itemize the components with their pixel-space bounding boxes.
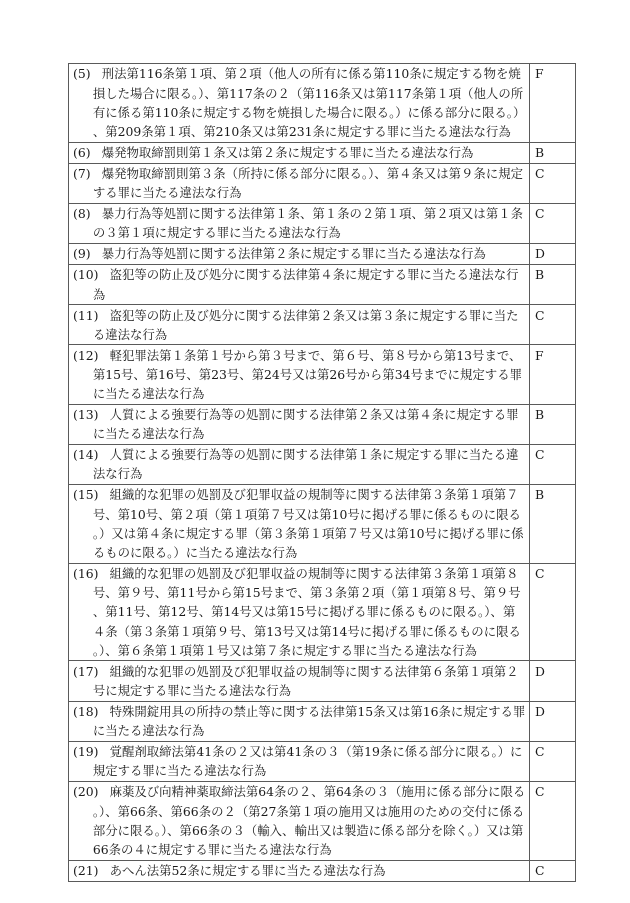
grade-cell: C [530,563,576,661]
table-row: (15)組織的な犯罪の処罰及び犯罪収益の規制等に関する法律第３条第１項第７号、第… [69,485,576,564]
grade-cell: F [530,345,576,404]
offense-description-cell: (20)麻薬及び向精神薬取締法第64条の２、第64条の３（施用に係る部分に限る。… [69,782,530,861]
offense-description-cell: (21)あへん法第52条に規定する罪に当たる違法な行為 [69,860,530,881]
table-row: (7)爆発物取締罰則第３条（所持に係る部分に限る。）、第４条又は第９条に規定する… [69,163,576,203]
offense-description-cell: (13)人質による強要行為等の処罰に関する法律第２条又は第４条に規定する罪に当た… [69,404,530,444]
offense-description-cell: (19)覚醒剤取締法第41条の２又は第41条の３（第19条に係る部分に限る。）に… [69,741,530,781]
offense-description-cell: (15)組織的な犯罪の処罰及び犯罪収益の規制等に関する法律第３条第１項第７号、第… [69,485,530,564]
offense-description-cell: (8)暴力行為等処罰に関する法律第１条、第１条の２第１項、第２項又は第１条の３第… [69,203,530,243]
item-number: (7) [73,166,91,181]
grade-cell: D [530,701,576,741]
item-number: (10) [73,267,98,282]
table-row: (6)爆発物取締罰則第１条又は第２条に規定する罪に当たる違法な行為 B [69,142,576,163]
grade-cell: D [530,661,576,701]
grade-cell: B [530,264,576,304]
item-number: (14) [73,447,98,462]
offense-description-cell: (14)人質による強要行為等の処罰に関する法律第１条に規定する罪に当たる違法な行… [69,444,530,484]
item-number: (17) [73,664,98,679]
item-number: (16) [73,566,98,581]
grade-cell: B [530,142,576,163]
offense-description: 覚醒剤取締法第41条の２又は第41条の３（第19条に係る部分に限る。）に規定する… [93,744,523,778]
table-row: (9)暴力行為等処罰に関する法律第２条に規定する罪に当たる違法な行為 D [69,243,576,264]
offense-description-cell: (6)爆発物取締罰則第１条又は第２条に規定する罪に当たる違法な行為 [69,142,530,163]
offense-description: 刑法第116条第１項、第２項（他人の所有に係る第110条に規定する物を焼損した場… [93,66,523,139]
table-row: (17)組織的な犯罪の処罰及び犯罪収益の規制等に関する法律第６条第１項第２号に規… [69,661,576,701]
item-number: (5) [73,66,91,81]
grade-cell: B [530,485,576,564]
offense-description: 組織的な犯罪の処罰及び犯罪収益の規制等に関する法律第３条第１項第８号、第９号、第… [93,566,521,658]
table-row: (18)特殊開錠用具の所持の禁止等に関する法律第15条又は第16条に規定する罪に… [69,701,576,741]
item-number: (6) [73,145,91,160]
offense-description-cell: (9)暴力行為等処罰に関する法律第２条に規定する罪に当たる違法な行為 [69,243,530,264]
offense-description: 人質による強要行為等の処罰に関する法律第１条に規定する罪に当たる違法な行為 [93,447,519,481]
item-number: (19) [73,744,98,759]
offense-description: 暴力行為等処罰に関する法律第１条、第１条の２第１項、第２項又は第１条の３第１項に… [93,206,523,240]
item-number: (9) [73,246,91,261]
grade-cell: C [530,203,576,243]
table-row: (8)暴力行為等処罰に関する法律第１条、第１条の２第１項、第２項又は第１条の３第… [69,203,576,243]
grade-cell: D [530,243,576,264]
item-number: (15) [73,487,98,502]
offense-description-cell: (18)特殊開錠用具の所持の禁止等に関する法律第15条又は第16条に規定する罪に… [69,701,530,741]
grade-cell: C [530,444,576,484]
grade-cell: C [530,163,576,203]
offense-description: あへん法第52条に規定する罪に当たる違法な行為 [110,863,386,878]
offense-description: 爆発物取締罰則第３条（所持に係る部分に限る。）、第４条又は第９条に規定する罪に当… [93,166,523,200]
table-row: (14)人質による強要行為等の処罰に関する法律第１条に規定する罪に当たる違法な行… [69,444,576,484]
offense-description: 盗犯等の防止及び処分に関する法律第２条又は第３条に規定する罪に当たる違法な行為 [93,308,519,342]
grade-cell: C [530,741,576,781]
offense-description: 人質による強要行為等の処罰に関する法律第２条又は第４条に規定する罪に当たる違法な… [93,407,519,441]
offense-description-cell: (10)盗犯等の防止及び処分に関する法律第４条に規定する罪に当たる違法な行為 [69,264,530,304]
table-row: (20)麻薬及び向精神薬取締法第64条の２、第64条の３（施用に係る部分に限る。… [69,782,576,861]
offense-description-cell: (17)組織的な犯罪の処罰及び犯罪収益の規制等に関する法律第６条第１項第２号に規… [69,661,530,701]
table-row: (16)組織的な犯罪の処罰及び犯罪収益の規制等に関する法律第３条第１項第８号、第… [69,563,576,661]
table-body: (5)刑法第116条第１項、第２項（他人の所有に係る第110条に規定する物を焼損… [69,64,576,882]
offense-description: 爆発物取締罰則第１条又は第２条に規定する罪に当たる違法な行為 [102,145,474,160]
item-number: (18) [73,704,98,719]
item-number: (8) [73,206,91,221]
item-number: (21) [73,863,98,878]
item-number: (13) [73,407,98,422]
grade-cell: B [530,404,576,444]
offense-description: 組織的な犯罪の処罰及び犯罪収益の規制等に関する法律第６条第１項第２号に規定する罪… [93,664,519,698]
grade-cell: C [530,782,576,861]
document-page: (5)刑法第116条第１項、第２項（他人の所有に係る第110条に規定する物を焼損… [68,63,562,882]
offense-description-cell: (12)軽犯罪法第１条第１号から第３号まで、第６号、第８号から第13号まで、第1… [69,345,530,404]
table-row: (11)盗犯等の防止及び処分に関する法律第２条又は第３条に規定する罪に当たる違法… [69,305,576,345]
item-number: (11) [73,308,98,323]
table-row: (10)盗犯等の防止及び処分に関する法律第４条に規定する罪に当たる違法な行為 B [69,264,576,304]
offense-description-cell: (11)盗犯等の防止及び処分に関する法律第２条又は第３条に規定する罪に当たる違法… [69,305,530,345]
offense-description: 特殊開錠用具の所持の禁止等に関する法律第15条又は第16条に規定する罪に当たる違… [93,704,525,738]
offense-description-cell: (5)刑法第116条第１項、第２項（他人の所有に係る第110条に規定する物を焼損… [69,64,530,143]
table-row: (13)人質による強要行為等の処罰に関する法律第２条又は第４条に規定する罪に当た… [69,404,576,444]
table-row: (12)軽犯罪法第１条第１号から第３号まで、第６号、第８号から第13号まで、第1… [69,345,576,404]
offense-description: 組織的な犯罪の処罰及び犯罪収益の規制等に関する法律第３条第１項第７号、第10号、… [93,487,524,560]
offense-description-cell: (7)爆発物取締罰則第３条（所持に係る部分に限る。）、第４条又は第９条に規定する… [69,163,530,203]
offense-description: 麻薬及び向精神薬取締法第64条の２、第64条の３（施用に係る部分に限る。）、第6… [93,784,525,857]
table-row: (19)覚醒剤取締法第41条の２又は第41条の３（第19条に係る部分に限る。）に… [69,741,576,781]
grade-cell: C [530,860,576,881]
offense-description-cell: (16)組織的な犯罪の処罰及び犯罪収益の規制等に関する法律第３条第１項第８号、第… [69,563,530,661]
table-row: (5)刑法第116条第１項、第２項（他人の所有に係る第110条に規定する物を焼損… [69,64,576,143]
offense-description: 盗犯等の防止及び処分に関する法律第４条に規定する罪に当たる違法な行為 [93,267,519,301]
offense-classification-table: (5)刑法第116条第１項、第２項（他人の所有に係る第110条に規定する物を焼損… [68,63,576,882]
grade-cell: C [530,305,576,345]
table-row: (21)あへん法第52条に規定する罪に当たる違法な行為 C [69,860,576,881]
offense-description: 軽犯罪法第１条第１号から第３号まで、第６号、第８号から第13号まで、第15号、第… [93,348,522,401]
item-number: (12) [73,348,98,363]
offense-description: 暴力行為等処罰に関する法律第２条に規定する罪に当たる違法な行為 [102,246,486,261]
item-number: (20) [73,784,98,799]
grade-cell: F [530,64,576,143]
